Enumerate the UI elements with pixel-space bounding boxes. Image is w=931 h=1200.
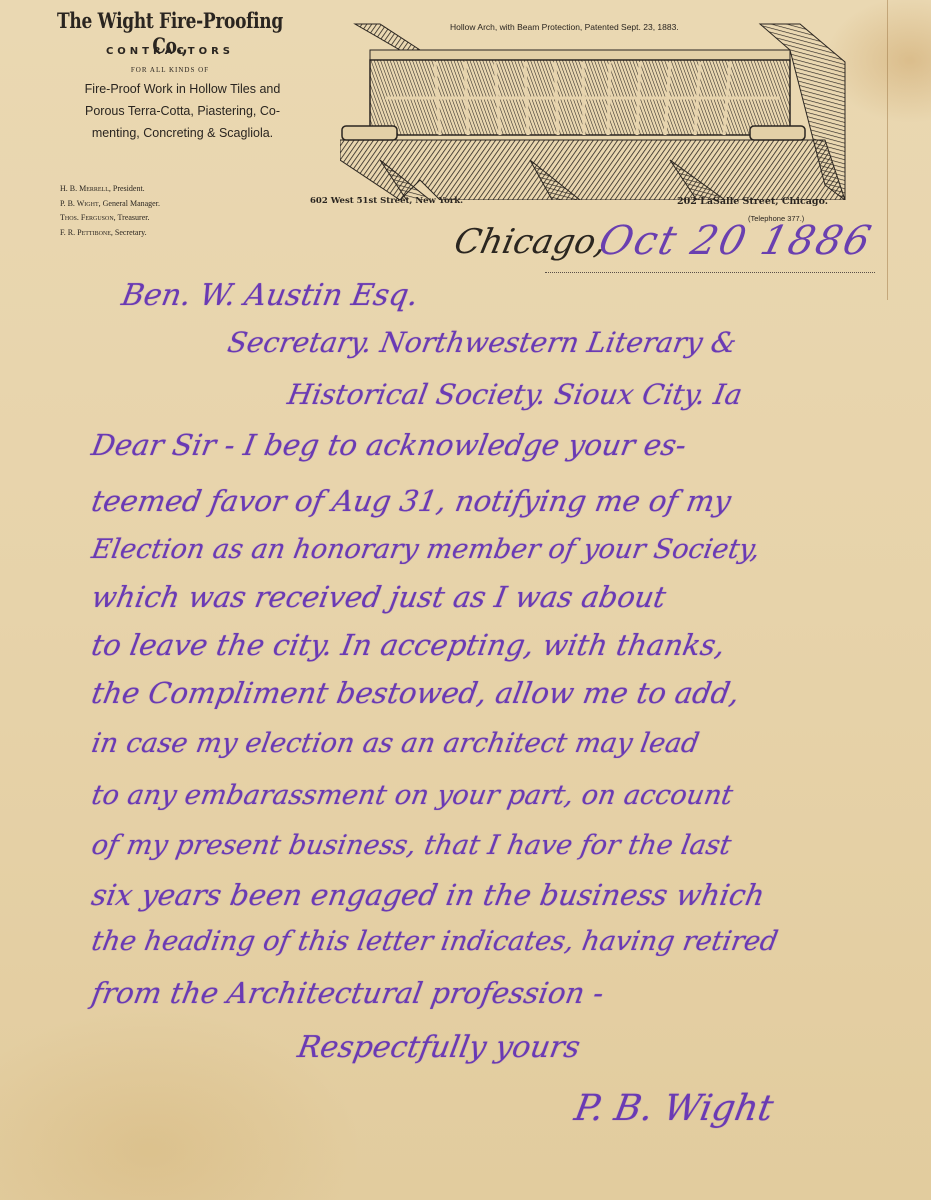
body-line: Election as an honorary member of your S…: [89, 534, 762, 565]
officers-list: H. B. Merrell, President. P. B. Wight, G…: [60, 182, 160, 240]
officer-name: P. B. Wight,: [60, 199, 101, 208]
recipient-organization: Historical Society. Sioux City. Ia: [285, 378, 745, 411]
service-line: menting, Concreting & Scagliola.: [40, 122, 325, 144]
officer-title: Treasurer.: [118, 213, 150, 222]
service-line: Porous Terra-Cotta, Piastering, Co-: [40, 100, 325, 122]
officer-name: H. B. Merrell,: [60, 184, 111, 193]
services-list: Fire-Proof Work in Hollow Tiles and Poro…: [40, 78, 325, 144]
fold-line: [887, 0, 888, 300]
officer-title: Secretary.: [115, 228, 147, 237]
officer-title: General Manager.: [103, 199, 160, 208]
officer-treasurer: Thos. Ferguson, Treasurer.: [60, 211, 160, 226]
officer-president: H. B. Merrell, President.: [60, 182, 160, 197]
body-line: of my present business, that I have for …: [89, 830, 733, 861]
officer-name: F. R. Pettibone,: [60, 228, 113, 237]
officer-name: Thos. Ferguson,: [60, 213, 116, 222]
body-line: teemed favor of Aug 31, notifying me of …: [89, 484, 734, 518]
body-line: six years been engaged in the business w…: [89, 878, 767, 912]
body-line: in case my election as an architect may …: [89, 728, 701, 759]
letter-date: Oct 20 1886: [594, 218, 877, 264]
for-all-kinds-label: FOR ALL KINDS OF: [40, 66, 300, 74]
body-line: the Compliment bestowed, allow me to add…: [89, 676, 742, 710]
recipient-title: Secretary. Northwestern Literary &: [225, 326, 739, 359]
recipient-name: Ben. W. Austin Esq.: [119, 278, 421, 313]
body-line: Dear Sir - I beg to acknowledge your es-: [89, 428, 689, 462]
signature: P. B. Wight: [571, 1088, 776, 1129]
closing: Respectfully yours: [295, 1030, 583, 1065]
service-line: Fire-Proof Work in Hollow Tiles and: [40, 78, 325, 100]
body-line: to leave the city. In accepting, with th…: [89, 628, 728, 662]
officer-secretary: F. R. Pettibone, Secretary.: [60, 226, 160, 241]
body-line: the heading of this letter indicates, ha…: [89, 926, 780, 957]
contractors-label: CONTRACTORS: [40, 46, 300, 57]
officer-manager: P. B. Wight, General Manager.: [60, 197, 160, 212]
place-printed: Chicago,: [451, 222, 611, 262]
illustration-caption: Hollow Arch, with Beam Protection, Paten…: [450, 22, 679, 32]
address-new-york: 602 West 51st Street, New York.: [310, 196, 463, 206]
address-chicago: 202 LaSalle Street, Chicago.: [677, 196, 828, 207]
body-line: which was received just as I was about: [89, 580, 669, 614]
body-line: from the Architectural profession -: [89, 976, 606, 1010]
officer-title: President.: [113, 184, 145, 193]
body-line: to any embarassment on your part, on acc…: [89, 780, 735, 811]
letter-page: The Wight Fire-Proofing Co., CONTRACTORS…: [0, 0, 931, 1200]
date-line: [545, 272, 875, 273]
hollow-arch-illustration: [340, 20, 885, 200]
